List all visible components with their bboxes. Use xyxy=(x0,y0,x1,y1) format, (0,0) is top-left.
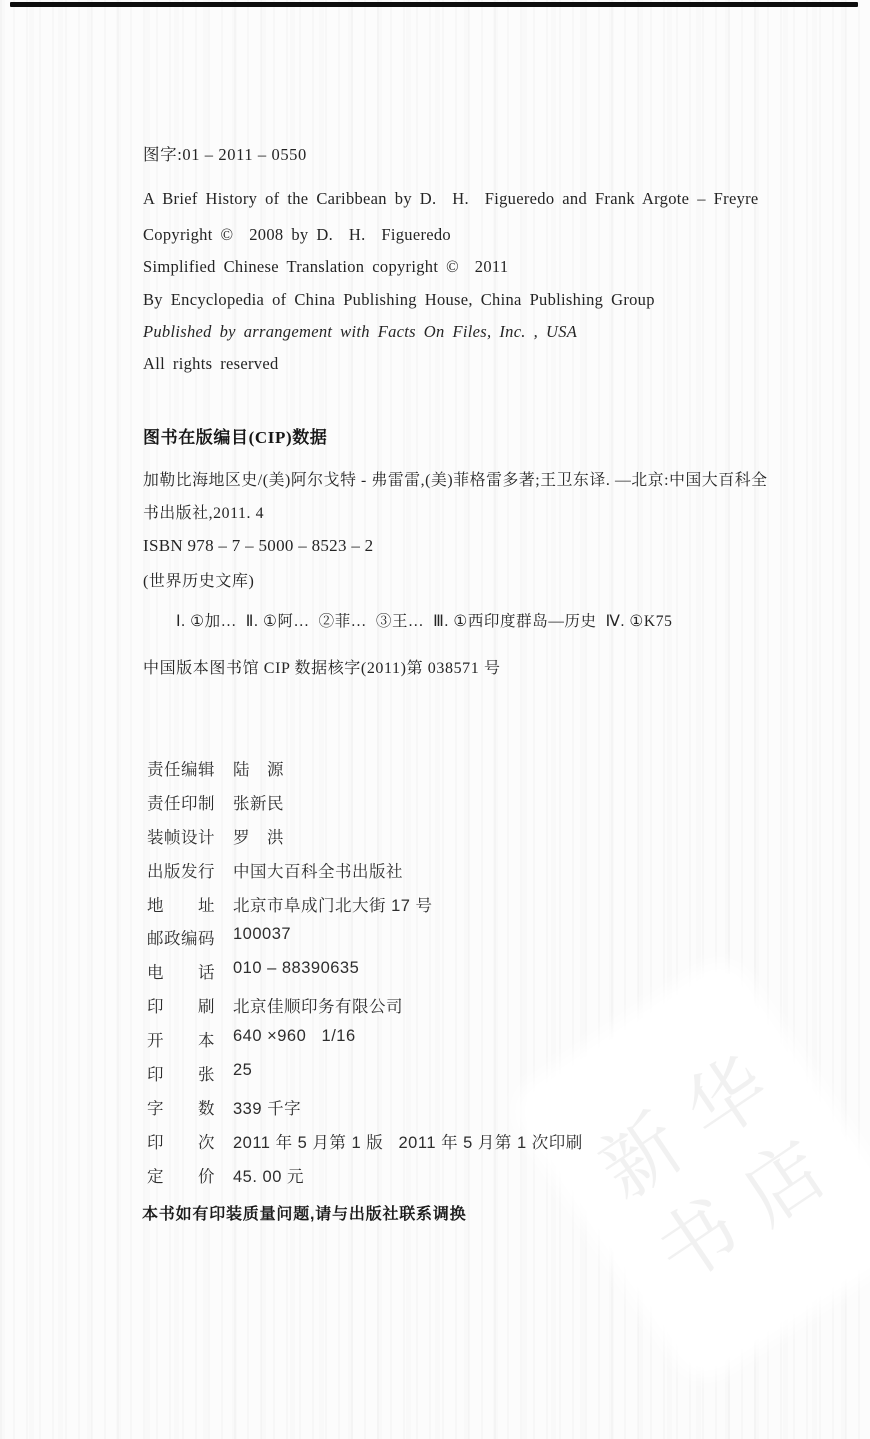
copyright-page: 新华 书店 图字:01 – 2011 – 0550 A Brief Histor… xyxy=(0,0,870,1439)
colophon-row-editor: 责任编辑 陆 源 xyxy=(147,756,583,790)
colophon-value: 罗 洪 xyxy=(233,824,284,848)
colophon-value: 中国大百科全书出版社 xyxy=(233,858,403,882)
colophon-label: 定 价 xyxy=(147,1163,233,1187)
colophon-table: 责任编辑 陆 源 责任印制 张新民 装帧设计 罗 洪 出版发行 中国大百科全书出… xyxy=(147,756,583,1197)
rights-reserved-line: All rights reserved xyxy=(143,354,279,374)
colophon-row-price: 定 价 45. 00 元 xyxy=(147,1163,583,1197)
original-title-line: A Brief History of the Caribbean by D. H… xyxy=(143,189,759,209)
quality-exchange-notice: 本书如有印装质量问题,请与出版社联系调换 xyxy=(142,1201,466,1224)
colophon-row-address: 地 址 北京市阜成门北大街 17 号 xyxy=(147,892,583,926)
copyright-register-number: 图字:01 – 2011 – 0550 xyxy=(143,141,307,165)
colophon-label: 装帧设计 xyxy=(147,824,233,848)
copyright-line: Copyright © 2008 by D. H. Figueredo xyxy=(143,225,451,245)
publisher-line: By Encyclopedia of China Publishing Hous… xyxy=(143,290,655,310)
colophon-row-format: 开 本 640 ×960 1/16 xyxy=(147,1027,583,1061)
colophon-label: 电 话 xyxy=(147,959,233,983)
watermark-text: 新华 xyxy=(559,1021,810,1236)
colophon-label: 邮政编码 xyxy=(147,925,233,949)
cip-title-author-line: 加勒比海地区史/(美)阿尔戈特 - 弗雷雷,(美)菲格雷多著;王卫东译. —北京… xyxy=(143,467,768,490)
cip-record-number-line: 中国版本图书馆 CIP 数据核字(2011)第 038571 号 xyxy=(143,655,501,678)
colophon-row-publisher: 出版发行 中国大百科全书出版社 xyxy=(147,858,583,892)
colophon-value: 陆 源 xyxy=(233,756,284,780)
colophon-label: 出版发行 xyxy=(147,858,233,882)
colophon-value: 北京佳顺印务有限公司 xyxy=(233,993,403,1017)
colophon-row-edition: 印 次 2011 年 5 月第 1 版 2011 年 5 月第 1 次印刷 xyxy=(147,1129,583,1163)
colophon-value: 45. 00 元 xyxy=(233,1163,304,1187)
colophon-value: 北京市阜成门北大街 17 号 xyxy=(233,892,433,916)
colophon-value: 2011 年 5 月第 1 版 2011 年 5 月第 1 次印刷 xyxy=(233,1129,583,1153)
colophon-value: 010 – 88390635 xyxy=(233,959,359,978)
colophon-value: 339 千字 xyxy=(233,1095,301,1119)
colophon-value: 100037 xyxy=(233,925,291,944)
colophon-label: 地 址 xyxy=(147,892,233,916)
colophon-value: 张新民 xyxy=(233,790,284,814)
colophon-label: 印 刷 xyxy=(147,993,233,1017)
scan-top-edge-bar xyxy=(10,2,858,7)
watermark-text: 书店 xyxy=(615,1105,866,1320)
series-title: (世界历史文库) xyxy=(143,568,254,591)
colophon-row-print-supervisor: 责任印制 张新民 xyxy=(147,790,583,824)
translation-copyright-line: Simplified Chinese Translation copyright… xyxy=(143,257,508,277)
cip-heading: 图书在版编目(CIP)数据 xyxy=(143,423,327,448)
colophon-label: 责任印制 xyxy=(147,790,233,814)
colophon-row-wordcount: 字 数 339 千字 xyxy=(147,1095,583,1129)
colophon-label: 字 数 xyxy=(147,1095,233,1119)
colophon-row-phone: 电 话 010 – 88390635 xyxy=(147,959,583,993)
isbn-line: ISBN 978 – 7 – 5000 – 8523 – 2 xyxy=(143,536,373,556)
colophon-value: 640 ×960 1/16 xyxy=(233,1027,356,1046)
colophon-row-postcode: 邮政编码 100037 xyxy=(147,925,583,959)
colophon-row-designer: 装帧设计 罗 洪 xyxy=(147,824,583,858)
colophon-row-sheets: 印 张 25 xyxy=(147,1061,583,1095)
colophon-row-printer: 印 刷 北京佳顺印务有限公司 xyxy=(147,993,583,1027)
cip-classification-line: Ⅰ. ①加… Ⅱ. ①阿… ②菲… ③王… Ⅲ. ①西印度群岛—历史 Ⅳ. ①K… xyxy=(176,609,672,631)
cip-title-author-line-2: 书出版社,2011. 4 xyxy=(143,500,264,523)
colophon-value: 25 xyxy=(233,1061,252,1080)
colophon-label: 印 次 xyxy=(147,1129,233,1153)
arrangement-line: Published by arrangement with Facts On F… xyxy=(143,322,577,342)
colophon-label: 责任编辑 xyxy=(147,756,233,780)
colophon-label: 开 本 xyxy=(147,1027,233,1051)
colophon-label: 印 张 xyxy=(147,1061,233,1085)
